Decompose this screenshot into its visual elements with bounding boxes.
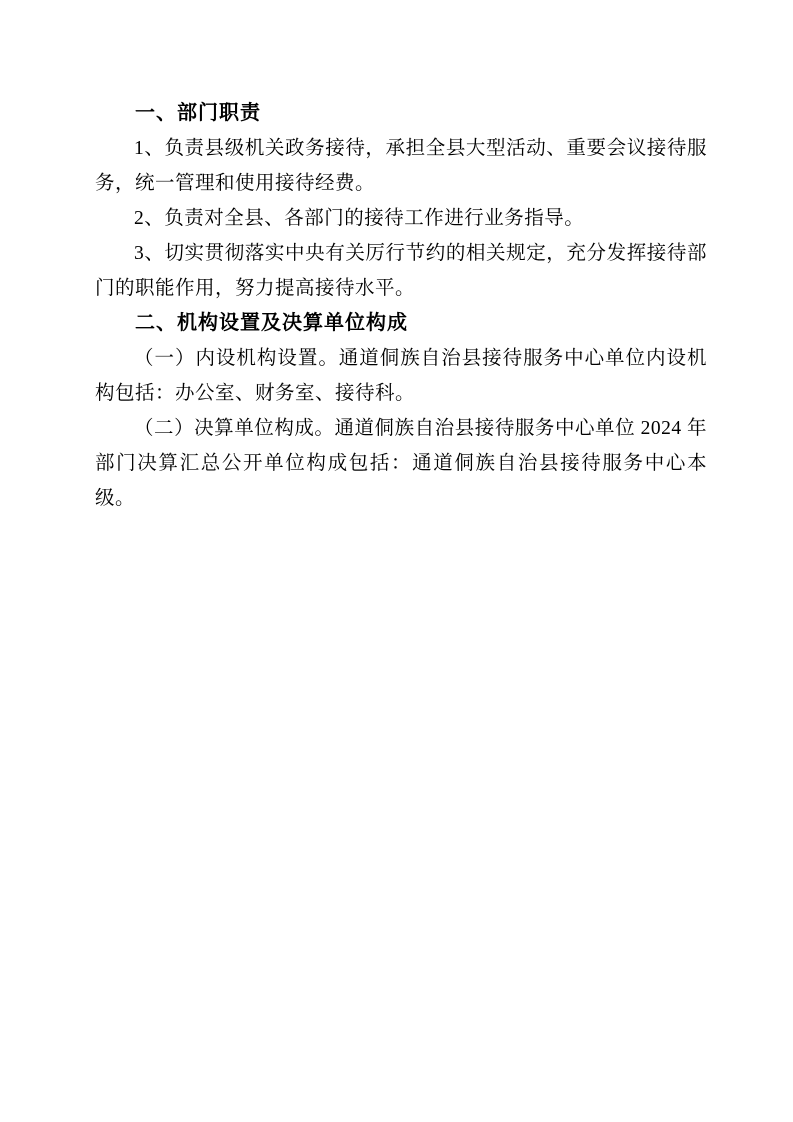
paragraph-duty-3: 3、切实贯彻落实中央有关厉行节约的相关规定，充分发挥接待部门的职能作用，努力提高… [95, 236, 707, 306]
paragraph-internal-organization: （一）内设机构设置。通道侗族自治县接待服务中心单位内设机构包括：办公室、财务室、… [95, 341, 707, 411]
document-body: 一、部门职责 1、负责县级机关政务接待，承担全县大型活动、重要会议接待服务，统一… [95, 96, 707, 516]
paragraph-duty-1: 1、负责县级机关政务接待，承担全县大型活动、重要会议接待服务，统一管理和使用接待… [95, 131, 707, 201]
section-heading-organization-setup: 二、机构设置及决算单位构成 [95, 306, 707, 341]
document-page: 一、部门职责 1、负责县级机关政务接待，承担全县大型活动、重要会议接待服务，统一… [0, 0, 793, 1122]
section-heading-department-duties: 一、部门职责 [95, 96, 707, 131]
paragraph-final-accounts-units: （二）决算单位构成。通道侗族自治县接待服务中心单位 2024 年部门决算汇总公开… [95, 411, 707, 516]
paragraph-duty-2: 2、负责对全县、各部门的接待工作进行业务指导。 [95, 201, 707, 236]
